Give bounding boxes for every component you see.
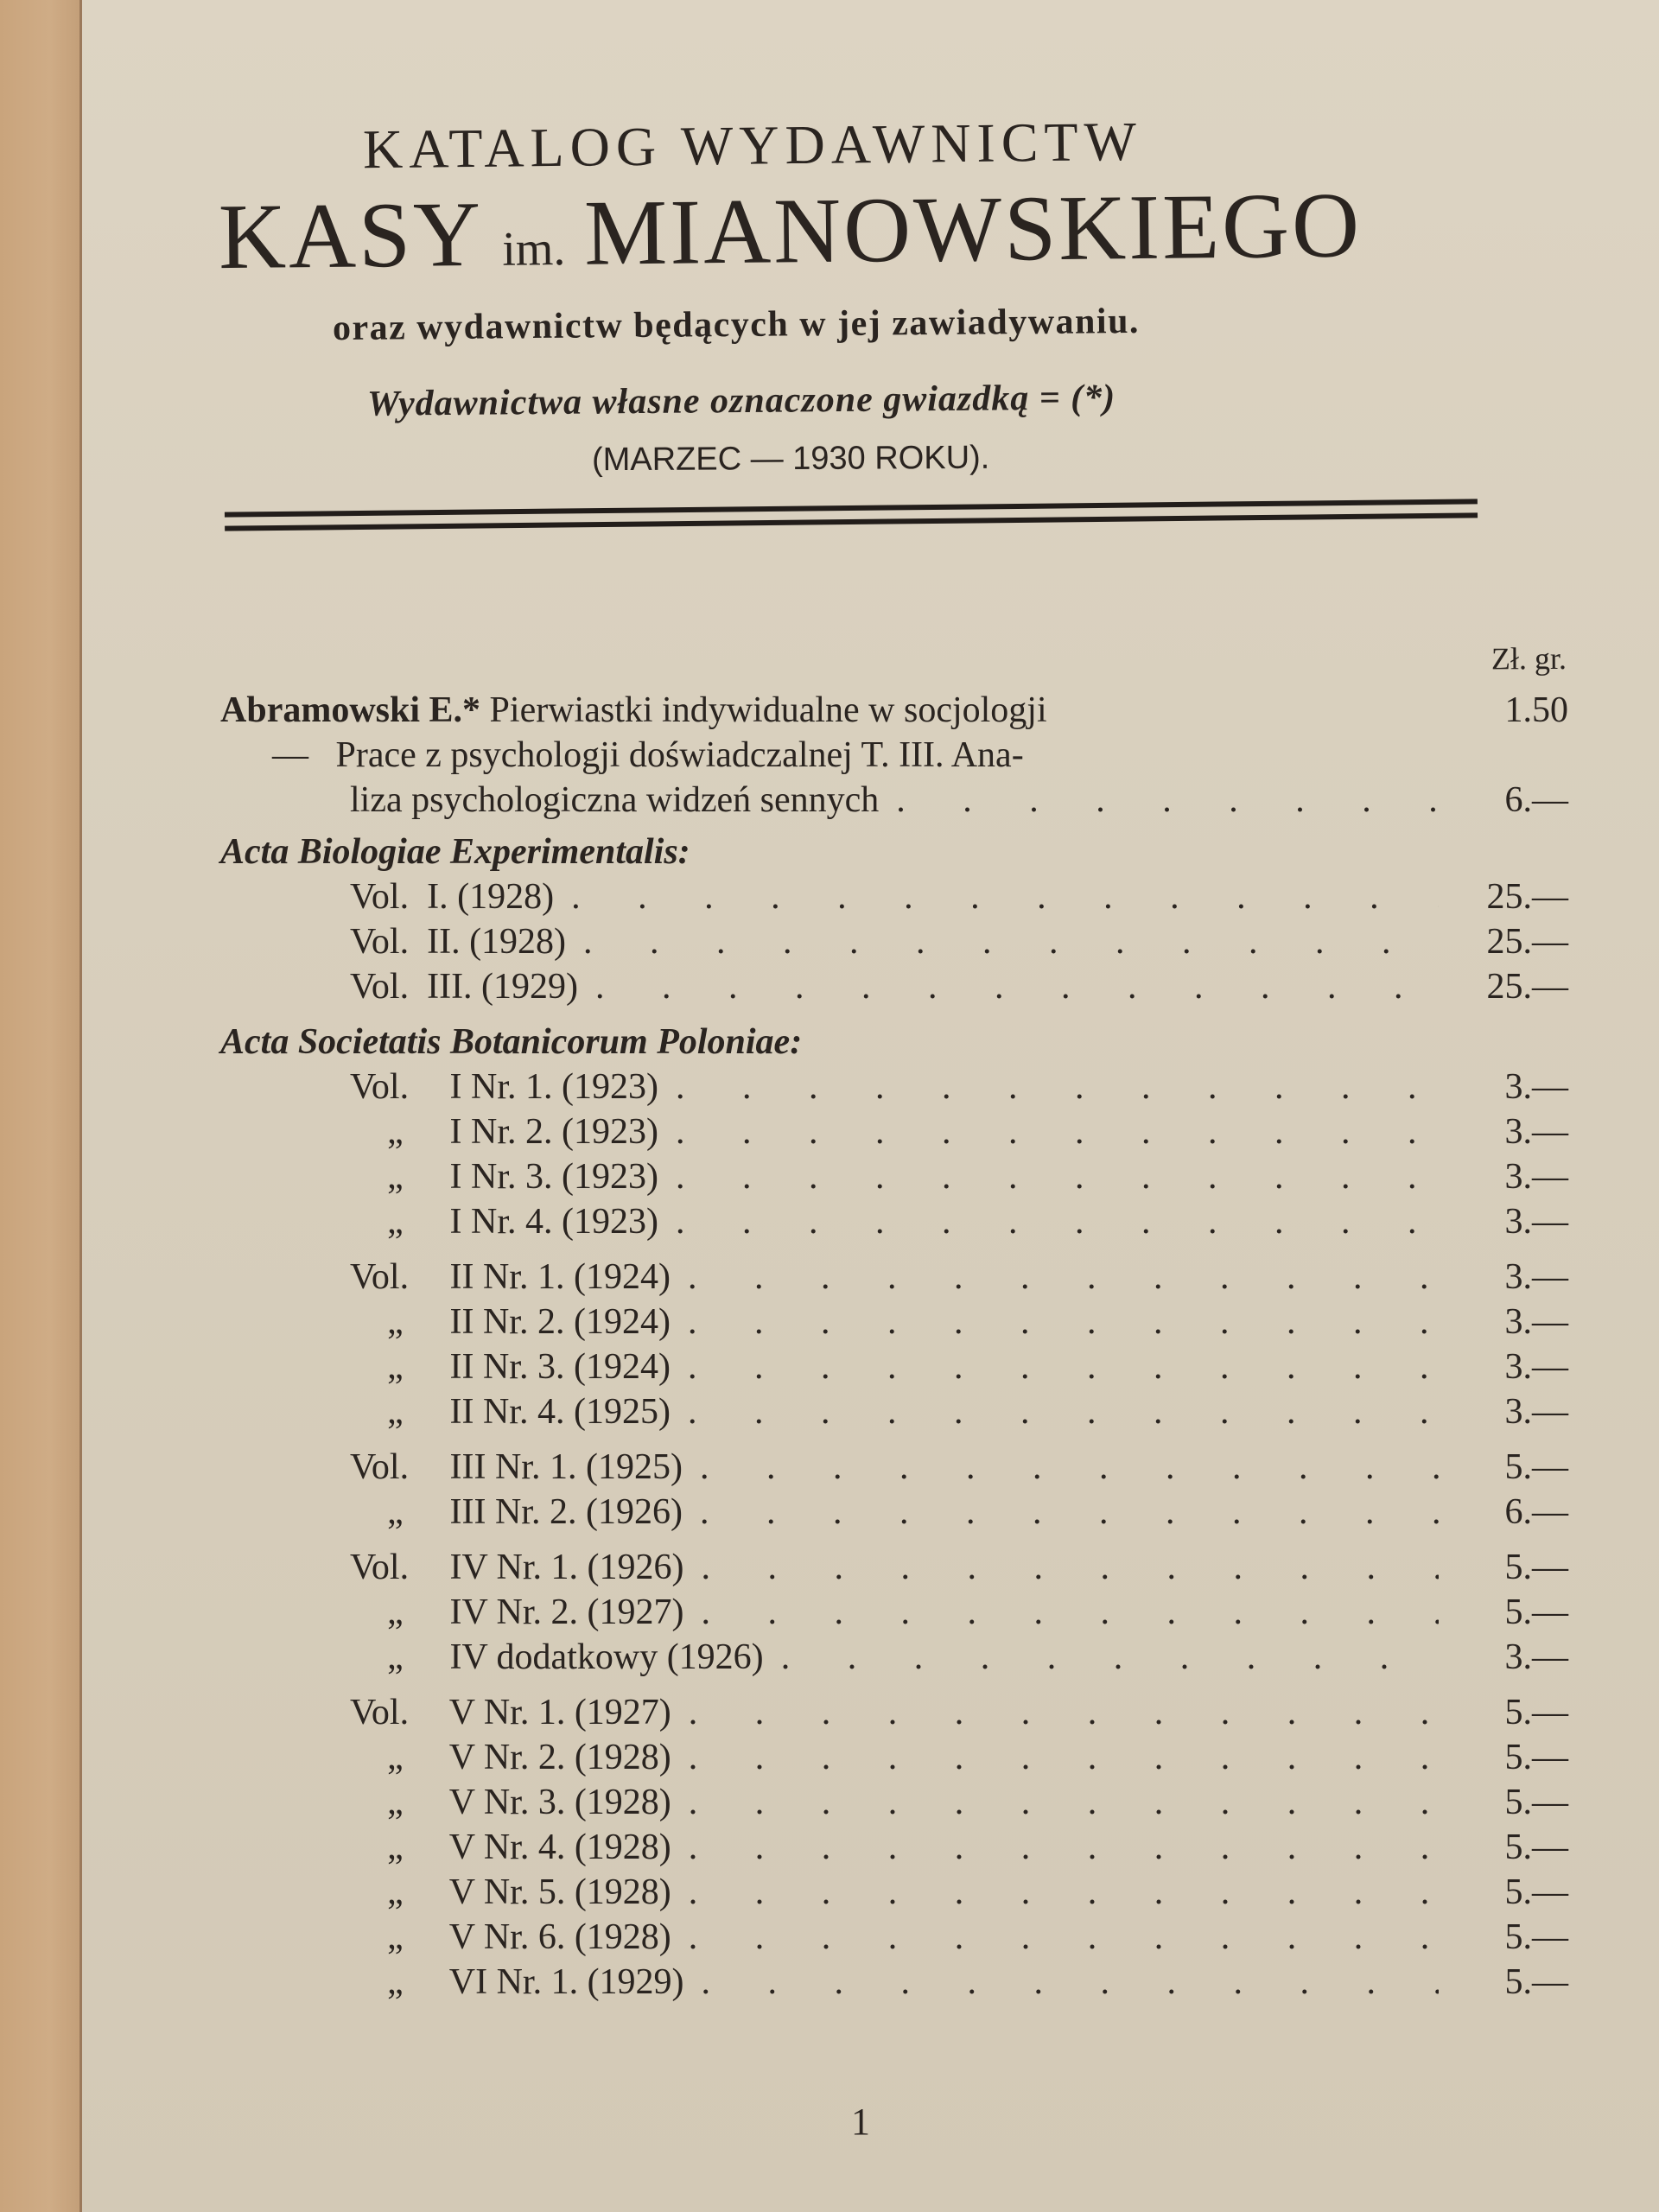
- list-item: „ IV dodatkowy (1926). . . . . . . . . .…: [220, 1635, 1568, 1680]
- entry-price: 5.—: [1439, 1545, 1568, 1590]
- leader-dots: . . . . . . . . . . . . . . . . . . . . …: [578, 964, 1439, 1009]
- page-title: KASYim.MIANOWSKIEGO: [218, 170, 1567, 291]
- leader-dots: . . . . . . . . . . . . . . . . . . . . …: [671, 1690, 1439, 1735]
- ditto-mark: „: [350, 1825, 441, 1870]
- entry-price: 3.—: [1439, 1389, 1568, 1434]
- issue-label: I Nr. 3. (1923): [450, 1157, 658, 1197]
- issue-label: I Nr. 2. (1923): [450, 1112, 658, 1152]
- entry-title: Pierwiastki indywidualne w socjologji: [490, 690, 1047, 730]
- ditto-mark: „: [350, 1109, 441, 1154]
- list-item: „ I Nr. 2. (1923). . . . . . . . . . . .…: [220, 1109, 1568, 1154]
- list-item: „ V Nr. 5. (1928). . . . . . . . . . . .…: [220, 1870, 1568, 1915]
- issue-label: III Nr. 2. (1926): [450, 1492, 683, 1532]
- issue-label: V Nr. 1. (1927): [449, 1693, 671, 1732]
- entry-price: 25.—: [1439, 919, 1568, 964]
- leader-dots: . . . . . . . . . . . . . . . . . . . . …: [671, 1780, 1439, 1825]
- issue-label: V Nr. 3. (1928): [449, 1783, 671, 1822]
- issue-label: VI Nr. 1. (1929): [449, 1962, 684, 2002]
- leader-dots: . . . . . . . . . . . . . . . . . . . . …: [671, 1344, 1439, 1389]
- entry-price: 6.—: [1439, 778, 1568, 823]
- entry-price: 5.—: [1439, 1445, 1568, 1490]
- subtitle: oraz wydawnictw będących w jej zawiadywa…: [333, 301, 1140, 349]
- section-title-acta-botanicorum: Acta Societatis Botanicorum Poloniae:: [220, 1020, 1568, 1065]
- issue-label: I Nr. 4. (1923): [450, 1202, 658, 1242]
- leader-dots: . . . . . . . . . . . . . . . . . . . . …: [671, 1300, 1439, 1344]
- leader-dots: . . . . . . . . . . . . . . . . . . . . …: [658, 1065, 1439, 1109]
- entry-price: 3.—: [1439, 1065, 1568, 1109]
- leader-dots: . . . . . . . . . . . . . . . . . . . . …: [683, 1445, 1439, 1490]
- list-item: „ VI Nr. 1. (1929). . . . . . . . . . . …: [220, 1960, 1568, 2005]
- entry-price: 3.—: [1439, 1635, 1568, 1680]
- ditto-mark: „: [350, 1590, 441, 1635]
- entry-price: 5.—: [1439, 1690, 1568, 1735]
- catalog-list: Zł. gr. Abramowski E.* Pierwiastki indyw…: [220, 639, 1568, 2005]
- entry-title-line1: Prace z psychologji doświadczalnej T. II…: [336, 735, 1024, 775]
- entry-price: 5.—: [1439, 1870, 1568, 1915]
- entry-price: 5.—: [1439, 1825, 1568, 1870]
- issue-label: I Nr. 1. (1923): [450, 1067, 658, 1107]
- issue-label: II Nr. 3. (1924): [450, 1347, 671, 1387]
- leader-dots: . . . . . . . . . . . . . . . . . . . . …: [554, 874, 1439, 919]
- entry-price: 5.—: [1439, 1590, 1568, 1635]
- leader-dots: . . . . . . . . . . . . . . . . . . . . …: [683, 1490, 1439, 1535]
- ditto-dash: —: [272, 735, 308, 775]
- ditto-mark: „: [350, 1915, 441, 1960]
- list-item: „ V Nr. 4. (1928). . . . . . . . . . . .…: [220, 1825, 1568, 1870]
- volume-prefix: Vol.: [350, 1690, 441, 1735]
- ditto-mark: „: [350, 1735, 441, 1780]
- publication-date: (MARZEC — 1930 ROKU).: [592, 440, 990, 479]
- entry-price: 3.—: [1439, 1154, 1568, 1199]
- leader-dots: . . . . . . . . . . . . . . . . . . . . …: [658, 1154, 1439, 1199]
- catalog-kicker: KATALOG WYDAWNICTW: [363, 107, 1401, 182]
- list-item: Vol. II. (1928) . . . . . . . . . . . . …: [220, 919, 1568, 964]
- entry-price: 5.—: [1439, 1780, 1568, 1825]
- list-item: Abramowski E.* Pierwiastki indywidualne …: [220, 688, 1568, 733]
- ditto-mark: „: [350, 1344, 441, 1389]
- leader-dots: . . . . . . . . . . . . . . . . . . . . …: [671, 1255, 1439, 1300]
- entry-price: 3.—: [1439, 1109, 1568, 1154]
- list-item: „ V Nr. 6. (1928). . . . . . . . . . . .…: [220, 1915, 1568, 1960]
- issue-label: II Nr. 1. (1924): [450, 1257, 671, 1297]
- leader-dots: . . . . . . . . . . . . . . . . . . . . …: [671, 1870, 1439, 1915]
- ditto-mark: „: [350, 1300, 441, 1344]
- asterisk-note: Wydawnictwa własne oznaczone gwiazdką = …: [367, 377, 1116, 425]
- section-items: Vol. I Nr. 1. (1923). . . . . . . . . . …: [220, 1065, 1568, 2005]
- leader-dots: . . . . . . . . . . . . . . . . . . . . …: [658, 1109, 1439, 1154]
- volume-prefix: Vol.: [350, 1065, 441, 1109]
- list-item: Vol. III Nr. 1. (1925). . . . . . . . . …: [220, 1445, 1568, 1490]
- leader-dots: . . . . . . . . . . . . . . . . . . . . …: [684, 1545, 1439, 1590]
- ditto-mark: „: [350, 1960, 441, 2005]
- issue-label: IV dodatkowy (1926): [450, 1637, 764, 1677]
- page-number: 1: [851, 2100, 870, 2144]
- ditto-mark: „: [350, 1870, 441, 1915]
- list-item: Vol. III. (1929) . . . . . . . . . . . .…: [220, 964, 1568, 1009]
- list-item: Vol. II Nr. 1. (1924). . . . . . . . . .…: [220, 1255, 1568, 1300]
- ditto-mark: „: [350, 1389, 441, 1434]
- photo-stage: KATALOG WYDAWNICTW KASYim.MIANOWSKIEGO o…: [0, 0, 1659, 2212]
- entry-price: 5.—: [1439, 1735, 1568, 1780]
- issue-label: V Nr. 2. (1928): [449, 1738, 671, 1777]
- list-item: Vol. V Nr. 1. (1927). . . . . . . . . . …: [220, 1690, 1568, 1735]
- title-mianowskiego: MIANOWSKIEGO: [584, 174, 1363, 284]
- entry-title-line2: liza psychologiczna widzeń sennych: [350, 778, 879, 823]
- list-item: „ V Nr. 2. (1928). . . . . . . . . . . .…: [220, 1735, 1568, 1780]
- list-item: liza psychologiczna widzeń sennych . . .…: [220, 778, 1568, 823]
- list-item: „ II Nr. 3. (1924). . . . . . . . . . . …: [220, 1344, 1568, 1389]
- leader-dots: . . . . . . . . . . . . . . . . . . . . …: [671, 1735, 1439, 1780]
- list-item: „ V Nr. 3. (1928). . . . . . . . . . . .…: [220, 1780, 1568, 1825]
- entry-price: 25.—: [1439, 874, 1568, 919]
- leader-dots: . . . . . . . . . . . . . . . . . . . . …: [671, 1389, 1439, 1434]
- title-kasy: KASY: [218, 183, 483, 289]
- leader-dots: . . . . . . . . . . . . . . . . . . . . …: [658, 1199, 1439, 1244]
- entry-price: 3.—: [1439, 1300, 1568, 1344]
- list-item: Vol. I. (1928) . . . . . . . . . . . . .…: [220, 874, 1568, 919]
- list-item: „ I Nr. 3. (1923). . . . . . . . . . . .…: [220, 1154, 1568, 1199]
- entry-price: 5.—: [1439, 1960, 1568, 2005]
- leader-dots: . . . . . . . . . . . . . . . . . . . . …: [671, 1825, 1439, 1870]
- ditto-mark: „: [350, 1635, 441, 1680]
- issue-label: III Nr. 1. (1925): [450, 1447, 683, 1487]
- list-item: „ II Nr. 4. (1925). . . . . . . . . . . …: [220, 1389, 1568, 1434]
- list-item: Vol. IV Nr. 1. (1926). . . . . . . . . .…: [220, 1545, 1568, 1590]
- issue-label: V Nr. 6. (1928): [449, 1917, 671, 1957]
- issue-label: II Nr. 2. (1924): [450, 1302, 671, 1342]
- ditto-mark: „: [350, 1199, 441, 1244]
- section-title-acta-biologiae: Acta Biologiae Experimentalis:: [220, 829, 1568, 874]
- list-item: „ III Nr. 2. (1926). . . . . . . . . . .…: [220, 1490, 1568, 1535]
- issue-label: IV Nr. 2. (1927): [450, 1592, 684, 1632]
- double-rule-divider: [225, 499, 1478, 531]
- entry-price: 1.50: [1439, 688, 1568, 733]
- volume-prefix: Vol.: [350, 1445, 441, 1490]
- list-item: „ II Nr. 2. (1924). . . . . . . . . . . …: [220, 1300, 1568, 1344]
- issue-label: V Nr. 5. (1928): [449, 1872, 671, 1912]
- list-item: — Prace z psychologji doświadczalnej T. …: [220, 733, 1568, 778]
- issue-label: V Nr. 4. (1928): [449, 1827, 671, 1867]
- entry-price: 25.—: [1439, 964, 1568, 1009]
- list-item: „ IV Nr. 2. (1927). . . . . . . . . . . …: [220, 1590, 1568, 1635]
- title-im: im.: [502, 222, 566, 276]
- catalog-page: KATALOG WYDAWNICTW KASYim.MIANOWSKIEGO o…: [82, 0, 1659, 2212]
- issue-label: II Nr. 4. (1925): [450, 1392, 671, 1432]
- leader-dots: . . . . . . . . . . . . . . . . . . . . …: [684, 1590, 1439, 1635]
- leader-dots: . . . . . . . . . . . . . . . . . . . . …: [684, 1960, 1439, 2005]
- entry-price: 3.—: [1439, 1344, 1568, 1389]
- entry-price: 6.—: [1439, 1490, 1568, 1535]
- ditto-mark: „: [350, 1490, 441, 1535]
- leader-dots: . . . . . . . . . . . . . . . . . . . . …: [764, 1635, 1439, 1680]
- leader-dots: . . . . . . . . . . . . . . . . . . . . …: [879, 778, 1439, 823]
- issue-label: IV Nr. 1. (1926): [450, 1548, 684, 1587]
- entry-price: 3.—: [1439, 1255, 1568, 1300]
- currency-column-header: Zł. gr.: [220, 636, 1568, 688]
- ditto-mark: „: [350, 1780, 441, 1825]
- leader-dots: . . . . . . . . . . . . . . . . . . . . …: [566, 919, 1439, 964]
- ditto-mark: „: [350, 1154, 441, 1199]
- list-item: Vol. I Nr. 1. (1923). . . . . . . . . . …: [220, 1065, 1568, 1109]
- volume-prefix: Vol.: [350, 1255, 441, 1300]
- leader-dots: . . . . . . . . . . . . . . . . . . . . …: [671, 1915, 1439, 1960]
- entry-price: 5.—: [1439, 1915, 1568, 1960]
- entry-price: 3.—: [1439, 1199, 1568, 1244]
- book-binding-edge: [0, 0, 83, 2212]
- entry-author: Abramowski E.*: [220, 690, 480, 730]
- list-item: „ I Nr. 4. (1923). . . . . . . . . . . .…: [220, 1199, 1568, 1244]
- volume-prefix: Vol.: [350, 1545, 441, 1590]
